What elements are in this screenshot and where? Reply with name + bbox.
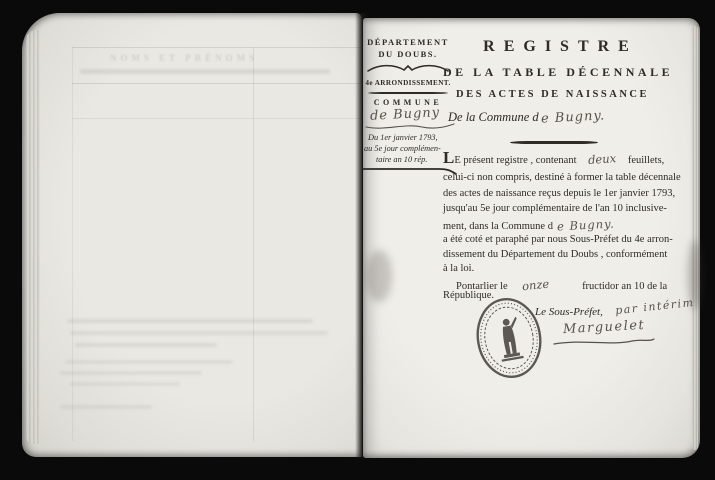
margin-date-range-line1: Du 1er janvier 1793, [368, 133, 438, 142]
dateline-month-year: fructidor an 10 de la [582, 281, 667, 292]
ghost-table-header-underline [72, 83, 370, 84]
body-dropcap: L [443, 148, 454, 167]
brace-flourish [366, 62, 450, 74]
body-line1-post: feuillets, [628, 155, 664, 166]
margin-arrondissement: 4e ARRONDISSEMENT. [364, 79, 452, 87]
scanned-register-spread: NOMS ET PRÉNOMS DÉPARTEMENT DU DOUBS. 4e… [0, 0, 715, 480]
body-line5-handwritten: e Bugny. [557, 216, 615, 233]
ink-smudge [366, 250, 392, 302]
title-line2: DE LA TABLE DÉCENNALE [443, 65, 668, 80]
right-page-fore-edge [692, 26, 698, 450]
body-line-6: a été coté et paraphé par nous Sous-Préf… [443, 234, 673, 245]
title-separator-rule [510, 141, 598, 144]
body-line-8: à la loi. [443, 263, 474, 274]
ghost-table-header-text: NOMS ET PRÉNOMS [84, 53, 284, 63]
ghost-table-border-top [72, 47, 370, 48]
ghost-handwriting-line [60, 371, 202, 375]
signature-flourish [552, 336, 656, 348]
body-line1-pre: E présent registre , contenant [454, 155, 576, 166]
margin-rule [368, 92, 448, 94]
margin-date-range-line2: au 5e jour complémen- [364, 144, 441, 153]
title-line1: REGISTRE [448, 38, 673, 56]
margin-department-line1: DÉPARTEMENT [366, 37, 450, 47]
ghost-table-header-row2 [80, 69, 330, 74]
ghost-table-column-divider [253, 47, 254, 441]
body-line-3: des actes de naissance reçus depuis le 1… [443, 188, 675, 199]
ink-stamp-seal [467, 291, 551, 386]
margin-date-range-line3: taire an 10 rép. [376, 155, 427, 164]
ghost-handwriting-line [65, 360, 233, 364]
left-page: NOMS ET PRÉNOMS [22, 13, 362, 457]
ghost-handwriting-line [67, 319, 313, 323]
body-line1-handwritten: deux [588, 151, 617, 167]
body-line-1: LE présent registre , contenant deux feu… [443, 152, 664, 166]
body-line5-pre: ment, dans la Commune d [443, 221, 553, 232]
ghost-handwriting-line [70, 331, 328, 335]
ghost-handwriting-line [70, 382, 180, 386]
margin-department-line2: DU DOUBS. [366, 49, 450, 59]
body-line-4: jusqu'au 5e jour complémentaire de l'an … [443, 203, 667, 214]
left-page-edge-stack [26, 30, 40, 444]
body-line-2: celui-ci non compris, destiné à former l… [443, 172, 681, 183]
title-line3: DES ACTES DE NAISSANCE [445, 89, 660, 100]
signature-printed-title: Le Sous-Préfet, [535, 306, 603, 318]
body-line-5: ment, dans la Commune de Bugny. [443, 218, 615, 232]
ghost-handwriting-line [60, 405, 152, 409]
handwriting-underline-flourish [364, 122, 456, 132]
title-commune-handwritten: e Bugny. [540, 108, 605, 126]
title-commune-line: De la Commune de Bugny. [448, 110, 605, 125]
body-line-7: dissement du Département du Doubs , conf… [443, 249, 667, 260]
ghost-handwriting-line [75, 343, 217, 347]
title-commune-printed: De la Commune d [448, 110, 539, 124]
ghost-table-row-line [72, 118, 370, 119]
